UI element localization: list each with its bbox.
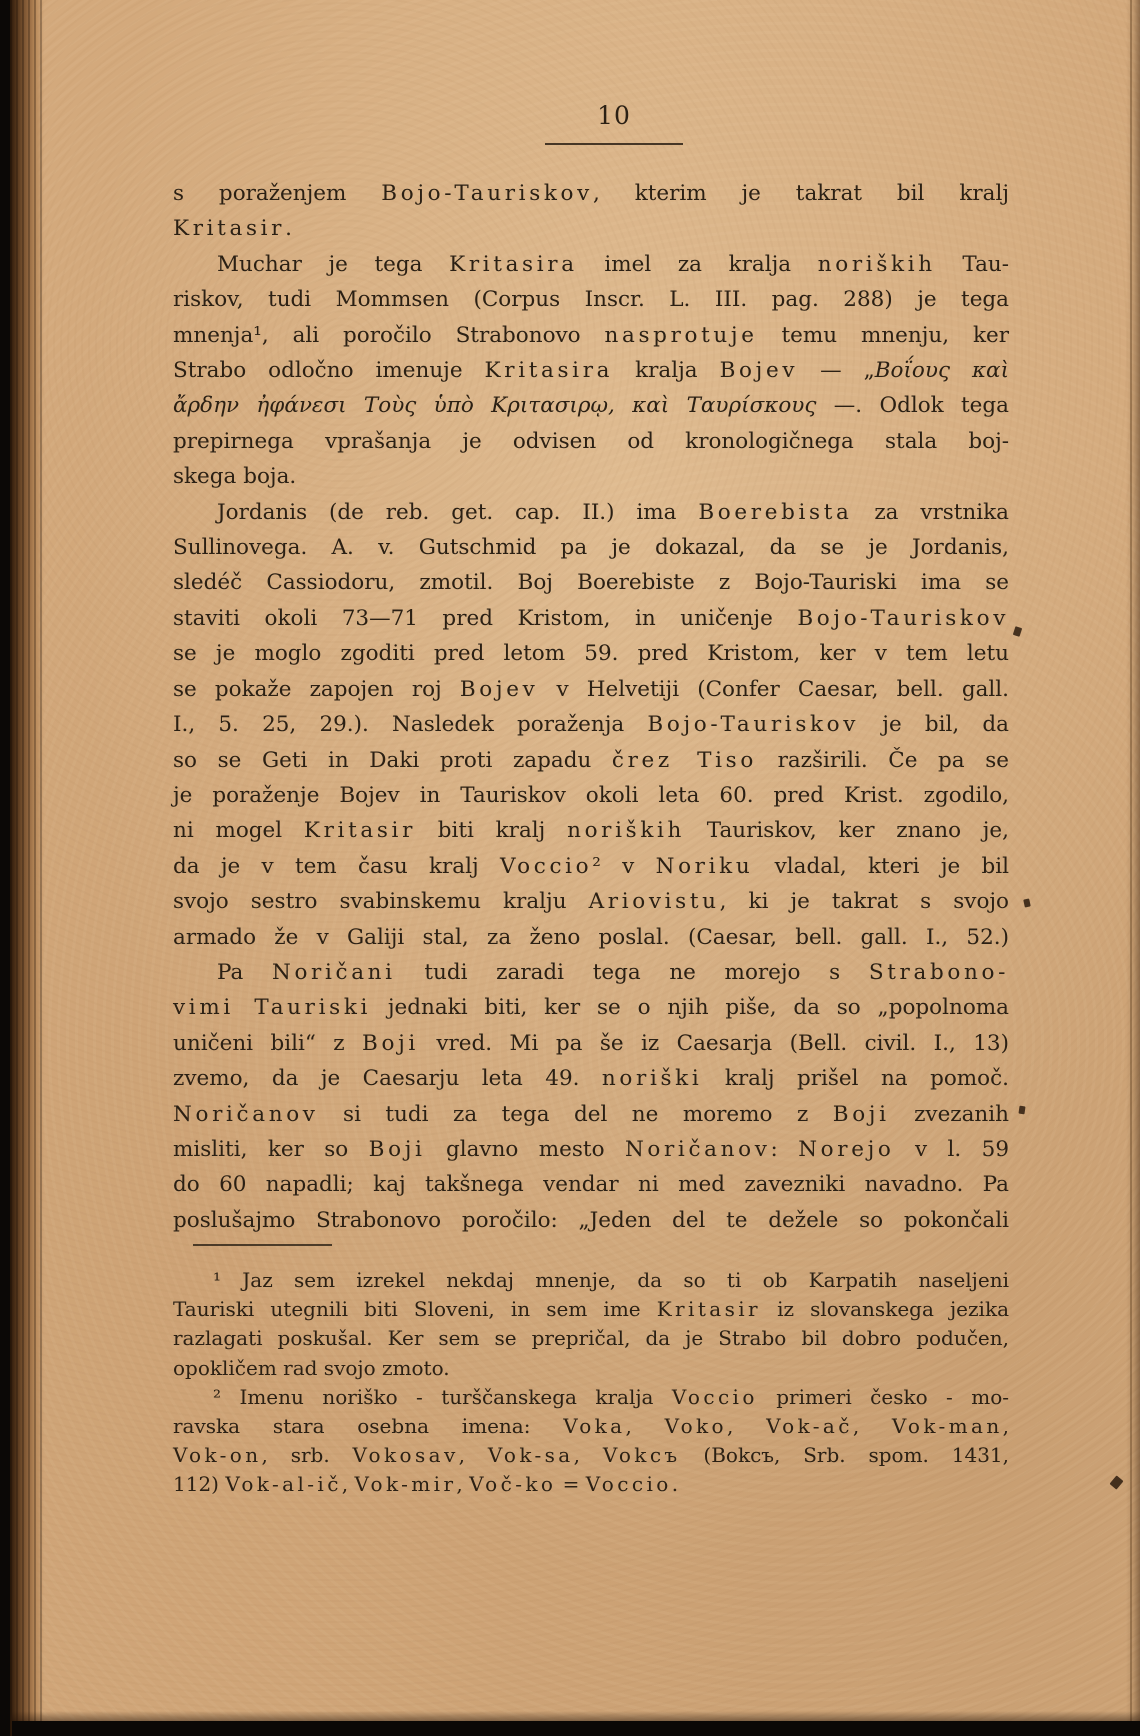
text-segment: , bbox=[456, 1472, 469, 1496]
text-segment: ravska stara osebna imena: bbox=[173, 1414, 563, 1438]
text-segment: s poraženjem bbox=[173, 181, 381, 206]
emphasized-name: Bojo-Tauriskov bbox=[647, 712, 859, 737]
text-segment: biti kralj bbox=[416, 818, 567, 843]
emphasized-name: Vok-on bbox=[173, 1443, 262, 1467]
text-segment: , bbox=[727, 1414, 766, 1438]
emphasized-name: črez Tiso bbox=[612, 748, 757, 773]
emphasized-name: Kritasir bbox=[304, 818, 416, 843]
greek-phrase: Βοΐους καὶ bbox=[875, 358, 1009, 383]
text-segment: se je moglo zgoditi pred letom 59. pred … bbox=[173, 641, 1009, 666]
emphasized-name: Noriku bbox=[656, 854, 754, 879]
footnotes-block: ¹ Jaz sem izrekel nekdaj mnenje, da so t… bbox=[173, 1266, 1009, 1500]
emphasized-name: noriških bbox=[818, 252, 936, 277]
text-line: uničeni bili“ z Boji vred. Mi pa še iz C… bbox=[173, 1026, 1009, 1061]
text-segment: zvezanih bbox=[890, 1102, 1009, 1127]
text-segment: ¹ Jaz sem izrekel nekdaj mnenje, da so t… bbox=[213, 1268, 1009, 1292]
text-segment: je bil, da bbox=[859, 712, 1009, 737]
text-segment: tudi zaradi tega ne morejo s bbox=[396, 960, 869, 985]
text-segment: , bbox=[574, 1443, 603, 1467]
scan-speck bbox=[1018, 1106, 1025, 1115]
text-line: misliti, ker so Boji glavno mesto Noriča… bbox=[173, 1132, 1009, 1167]
emphasized-name: Noričani bbox=[272, 960, 396, 985]
text-line: Muchar je tega Kritasira imel za kralja … bbox=[173, 247, 1009, 282]
text-line: je poraženje Bojev in Tauriskov okoli le… bbox=[173, 778, 1009, 813]
scan-speck bbox=[1013, 626, 1022, 637]
text-segment: v Helvetiji (Confer Caesar, bell. gall. bbox=[538, 677, 1009, 702]
text-line: do 60 napadli; kaj takšnega vendar ni me… bbox=[173, 1167, 1009, 1202]
text-segment: , bbox=[342, 1472, 355, 1496]
footnote-separator-rule bbox=[193, 1244, 332, 1246]
emphasized-name: Voka bbox=[563, 1414, 625, 1438]
scan-bottom-shadow bbox=[12, 1711, 1140, 1721]
text-segment: da je v tem času kralj bbox=[173, 854, 500, 879]
text-segment: jednaki biti, ker se o njih piše, da so … bbox=[371, 995, 1009, 1020]
text-line: Tauriski utegnili biti Sloveni, in sem i… bbox=[173, 1295, 1009, 1324]
text-segment: Strabo odločno imenuje bbox=[173, 358, 485, 383]
text-segment: = bbox=[556, 1472, 585, 1496]
text-line: svojo sestro svabinskemu kralju Ariovist… bbox=[173, 884, 1009, 919]
scan-speck bbox=[1110, 1475, 1124, 1489]
emphasized-name: Ariovistu bbox=[589, 889, 720, 914]
text-segment: Jordanis (de reb. get. cap. II.) ima bbox=[217, 500, 698, 525]
text-segment: staviti okoli 73—71 pred Kristom, in uni… bbox=[173, 606, 797, 631]
page-number-rule bbox=[545, 143, 683, 145]
text-line: Kritasir. bbox=[173, 211, 1009, 246]
text-segment: svojo sestro svabinskemu kralju bbox=[173, 889, 589, 914]
text-line: mnenja¹, ali poročilo Strabonovo nasprot… bbox=[173, 318, 1009, 353]
scanned-book-page: 10 s poraženjem Bojo-Tauriskov, kterim j… bbox=[0, 0, 1140, 1736]
text-segment: si tudi za tega del ne moremo z bbox=[319, 1102, 833, 1127]
text-segment: , bbox=[459, 1443, 488, 1467]
emphasized-name: Bojev bbox=[720, 358, 799, 383]
text-segment: 112) bbox=[173, 1472, 225, 1496]
text-segment: iz slovanskega jezika bbox=[761, 1297, 1009, 1321]
text-segment: temu mnenju, ker bbox=[758, 323, 1009, 348]
emphasized-name: Kritasira bbox=[485, 358, 614, 383]
text-segment: armado že v Galiji stal, za ženo poslal.… bbox=[173, 925, 1009, 950]
emphasized-name: Norejo bbox=[798, 1137, 894, 1162]
emphasized-name: Vok-al-ič bbox=[225, 1472, 341, 1496]
text-segment: sledéč Cassiodoru, zmotil. Boj Boerebist… bbox=[173, 570, 1009, 595]
text-segment: zvemo, da je Caesarju leta 49. bbox=[173, 1066, 602, 1091]
text-segment: imel za kralja bbox=[578, 252, 818, 277]
text-segment: , bbox=[626, 1414, 665, 1438]
text-line: s poraženjem Bojo-Tauriskov, kterim je t… bbox=[173, 176, 1009, 211]
text-line: poslušajmo Strabonovo poročilo: „Jeden d… bbox=[173, 1203, 1009, 1238]
text-segment: za vrstnika bbox=[852, 500, 1009, 525]
emphasized-name: Vok-sa bbox=[488, 1443, 574, 1467]
text-segment: — „ bbox=[798, 358, 875, 383]
emphasized-name: Kritasira bbox=[449, 252, 578, 277]
text-segment: Tau- bbox=[936, 252, 1009, 277]
text-line: Sullinovega. A. v. Gutschmid pa je dokaz… bbox=[173, 530, 1009, 565]
text-segment: ni mogel bbox=[173, 818, 304, 843]
text-segment: , ki je takrat s svojo bbox=[720, 889, 1009, 914]
text-segment: ² v bbox=[592, 854, 655, 879]
emphasized-name: Vok-mir bbox=[355, 1472, 457, 1496]
body-text-block: s poraženjem Bojo-Tauriskov, kterim je t… bbox=[173, 176, 1009, 1238]
emphasized-name: Vokcъ bbox=[603, 1443, 681, 1467]
text-line: opokličem rad svojo zmoto. bbox=[173, 1354, 1009, 1383]
emphasized-name: Bojev bbox=[460, 677, 539, 702]
text-line: staviti okoli 73—71 pred Kristom, in uni… bbox=[173, 601, 1009, 636]
emphasized-name: Noričanov bbox=[625, 1137, 771, 1162]
text-segment: , bbox=[853, 1414, 892, 1438]
text-line: Jordanis (de reb. get. cap. II.) ima Boe… bbox=[173, 495, 1009, 530]
text-line: armado že v Galiji stal, za ženo poslal.… bbox=[173, 920, 1009, 955]
emphasized-name: noriških bbox=[567, 818, 685, 843]
page-edge-line-right bbox=[1130, 0, 1132, 1736]
text-segment: riskov, tudi Mommsen (Corpus Inscr. L. I… bbox=[173, 287, 1009, 312]
emphasized-name: Vok-ač bbox=[766, 1414, 853, 1438]
text-line: da je v tem času kralj Voccio² v Noriku … bbox=[173, 849, 1009, 884]
text-line: sledéč Cassiodoru, zmotil. Boj Boerebist… bbox=[173, 565, 1009, 600]
text-segment: uničeni bili“ z bbox=[173, 1031, 362, 1056]
text-line: so se Geti in Daki proti zapadu črez Tis… bbox=[173, 743, 1009, 778]
text-segment: je poraženje Bojev in Tauriskov okoli le… bbox=[173, 783, 1009, 808]
text-segment: opokličem rad svojo zmoto. bbox=[173, 1356, 450, 1380]
text-line: razlagati poskušal. Ker sem se prepričal… bbox=[173, 1324, 1009, 1353]
emphasized-name: Boji bbox=[833, 1102, 890, 1127]
text-line: prepirnega vprašanja je odvisen od krono… bbox=[173, 424, 1009, 459]
text-segment: glavno mesto bbox=[426, 1137, 625, 1162]
text-line: ¹ Jaz sem izrekel nekdaj mnenje, da so t… bbox=[173, 1266, 1009, 1295]
text-line: Strabo odločno imenuje Kritasira kralja … bbox=[173, 353, 1009, 388]
text-segment: I., 5. 25, 29.). Nasledek poraženja bbox=[173, 712, 647, 737]
emphasized-name: Boerebista bbox=[698, 500, 852, 525]
emphasized-name: Kritasir bbox=[173, 216, 285, 241]
emphasized-name: Kritasir bbox=[657, 1297, 761, 1321]
text-segment: vred. Mi pa še iz Caesarja (Bell. civil.… bbox=[419, 1031, 1009, 1056]
text-segment: : bbox=[771, 1137, 799, 1162]
emphasized-name: Bojo-Tauriskov bbox=[381, 181, 593, 206]
text-segment: se pokaže zapojen roj bbox=[173, 677, 460, 702]
scan-right-shadow bbox=[1126, 0, 1140, 1736]
text-segment: primeri česko - mo- bbox=[758, 1385, 1009, 1409]
text-segment: so se Geti in Daki proti zapadu bbox=[173, 748, 612, 773]
text-line: vimi Tauriski jednaki biti, ker se o nji… bbox=[173, 990, 1009, 1025]
page-number: 10 bbox=[545, 101, 683, 130]
text-line: I., 5. 25, 29.). Nasledek poraženja Bojo… bbox=[173, 707, 1009, 742]
emphasized-name: Boji bbox=[369, 1137, 426, 1162]
text-segment: v l. 59 bbox=[895, 1137, 1009, 1162]
text-segment: , kterim je takrat bil kralj bbox=[593, 181, 1009, 206]
text-line: Vok-on, srb. Vokosav, Vok-sa, Vokcъ (Bok… bbox=[173, 1441, 1009, 1470]
emphasized-name: Vok-man bbox=[892, 1414, 1003, 1438]
text-segment: kralja bbox=[613, 358, 719, 383]
scan-speck bbox=[1023, 898, 1031, 907]
text-segment: poslušajmo Strabonovo poročilo: „Jeden d… bbox=[173, 1208, 1009, 1233]
emphasized-name: Bojo-Tauriskov bbox=[797, 606, 1009, 631]
text-line: se pokaže zapojen roj Bojev v Helvetiji … bbox=[173, 672, 1009, 707]
text-segment: Muchar je tega bbox=[217, 252, 449, 277]
text-segment: prepirnega vprašanja je odvisen od krono… bbox=[173, 429, 1009, 454]
emphasized-name: Voccio bbox=[672, 1385, 758, 1409]
scan-bottom-black-edge bbox=[12, 1721, 1140, 1736]
greek-phrase: ἄρδην ἠφάνεσι Τοὺς ὑπὸ Κριτασιρῳ, καὶ Τα… bbox=[173, 393, 816, 418]
text-segment: misliti, ker so bbox=[173, 1137, 369, 1162]
text-segment: skega boja. bbox=[173, 464, 296, 489]
text-segment: , bbox=[1003, 1414, 1009, 1438]
text-segment: Tauriskov, ker znano je, bbox=[685, 818, 1009, 843]
emphasized-name: Vokosav bbox=[353, 1443, 459, 1467]
text-segment: . bbox=[285, 216, 292, 241]
text-line: 112) Vok-al-ič, Vok-mir, Voč-ko = Voccio… bbox=[173, 1470, 1009, 1499]
emphasized-name: Voccio bbox=[586, 1472, 672, 1496]
emphasized-name: noriški bbox=[602, 1066, 702, 1091]
text-segment: razširili. Če pa se bbox=[757, 748, 1009, 773]
emphasized-name: Voccio bbox=[500, 854, 592, 879]
text-line: Noričanov si tudi za tega del ne moremo … bbox=[173, 1097, 1009, 1132]
emphasized-name: Voč-ko bbox=[469, 1472, 556, 1496]
text-segment: Tauriski utegnili biti Sloveni, in sem i… bbox=[173, 1297, 657, 1321]
emphasized-name: nasprotuje bbox=[605, 323, 758, 348]
text-segment: . bbox=[672, 1472, 678, 1496]
book-page-edges-left bbox=[10, 0, 44, 1736]
emphasized-name: Boji bbox=[362, 1031, 419, 1056]
text-line: ravska stara osebna imena: Voka, Voko, V… bbox=[173, 1412, 1009, 1441]
emphasized-name: vimi Tauriski bbox=[173, 995, 371, 1020]
text-line: zvemo, da je Caesarju leta 49. noriški k… bbox=[173, 1061, 1009, 1096]
text-line: riskov, tudi Mommsen (Corpus Inscr. L. I… bbox=[173, 282, 1009, 317]
emphasized-name: Strabono- bbox=[869, 960, 1009, 985]
text-segment: vladal, kteri je bil bbox=[753, 854, 1009, 879]
text-segment: Sullinovega. A. v. Gutschmid pa je dokaz… bbox=[173, 535, 1009, 560]
text-segment: razlagati poskušal. Ker sem se prepričal… bbox=[173, 1326, 1009, 1350]
text-segment: (Bokcъ, Srb. spom. 1431, bbox=[681, 1443, 1009, 1467]
text-segment: Pa bbox=[217, 960, 272, 985]
text-segment: —. Odlok tega bbox=[816, 393, 1009, 418]
text-line: se je moglo zgoditi pred letom 59. pred … bbox=[173, 636, 1009, 671]
text-line: ni mogel Kritasir biti kralj noriških Ta… bbox=[173, 813, 1009, 848]
text-segment: do 60 napadli; kaj takšnega vendar ni me… bbox=[173, 1172, 1009, 1197]
text-line: Pa Noričani tudi zaradi tega ne morejo s… bbox=[173, 955, 1009, 990]
text-segment: mnenja¹, ali poročilo Strabonovo bbox=[173, 323, 605, 348]
text-line: ἄρδην ἠφάνεσι Τοὺς ὑπὸ Κριτασιρῳ, καὶ Τα… bbox=[173, 388, 1009, 423]
text-segment: ² Imenu noriško - turščanskega kralja bbox=[213, 1385, 672, 1409]
text-segment: , srb. bbox=[262, 1443, 353, 1467]
emphasized-name: Noričanov bbox=[173, 1102, 319, 1127]
scan-left-black-edge bbox=[0, 0, 10, 1736]
text-line: skega boja. bbox=[173, 459, 1009, 494]
text-segment: kralj prišel na pomoč. bbox=[702, 1066, 1009, 1091]
text-line: ² Imenu noriško - turščanskega kralja Vo… bbox=[173, 1383, 1009, 1412]
emphasized-name: Voko bbox=[665, 1414, 727, 1438]
